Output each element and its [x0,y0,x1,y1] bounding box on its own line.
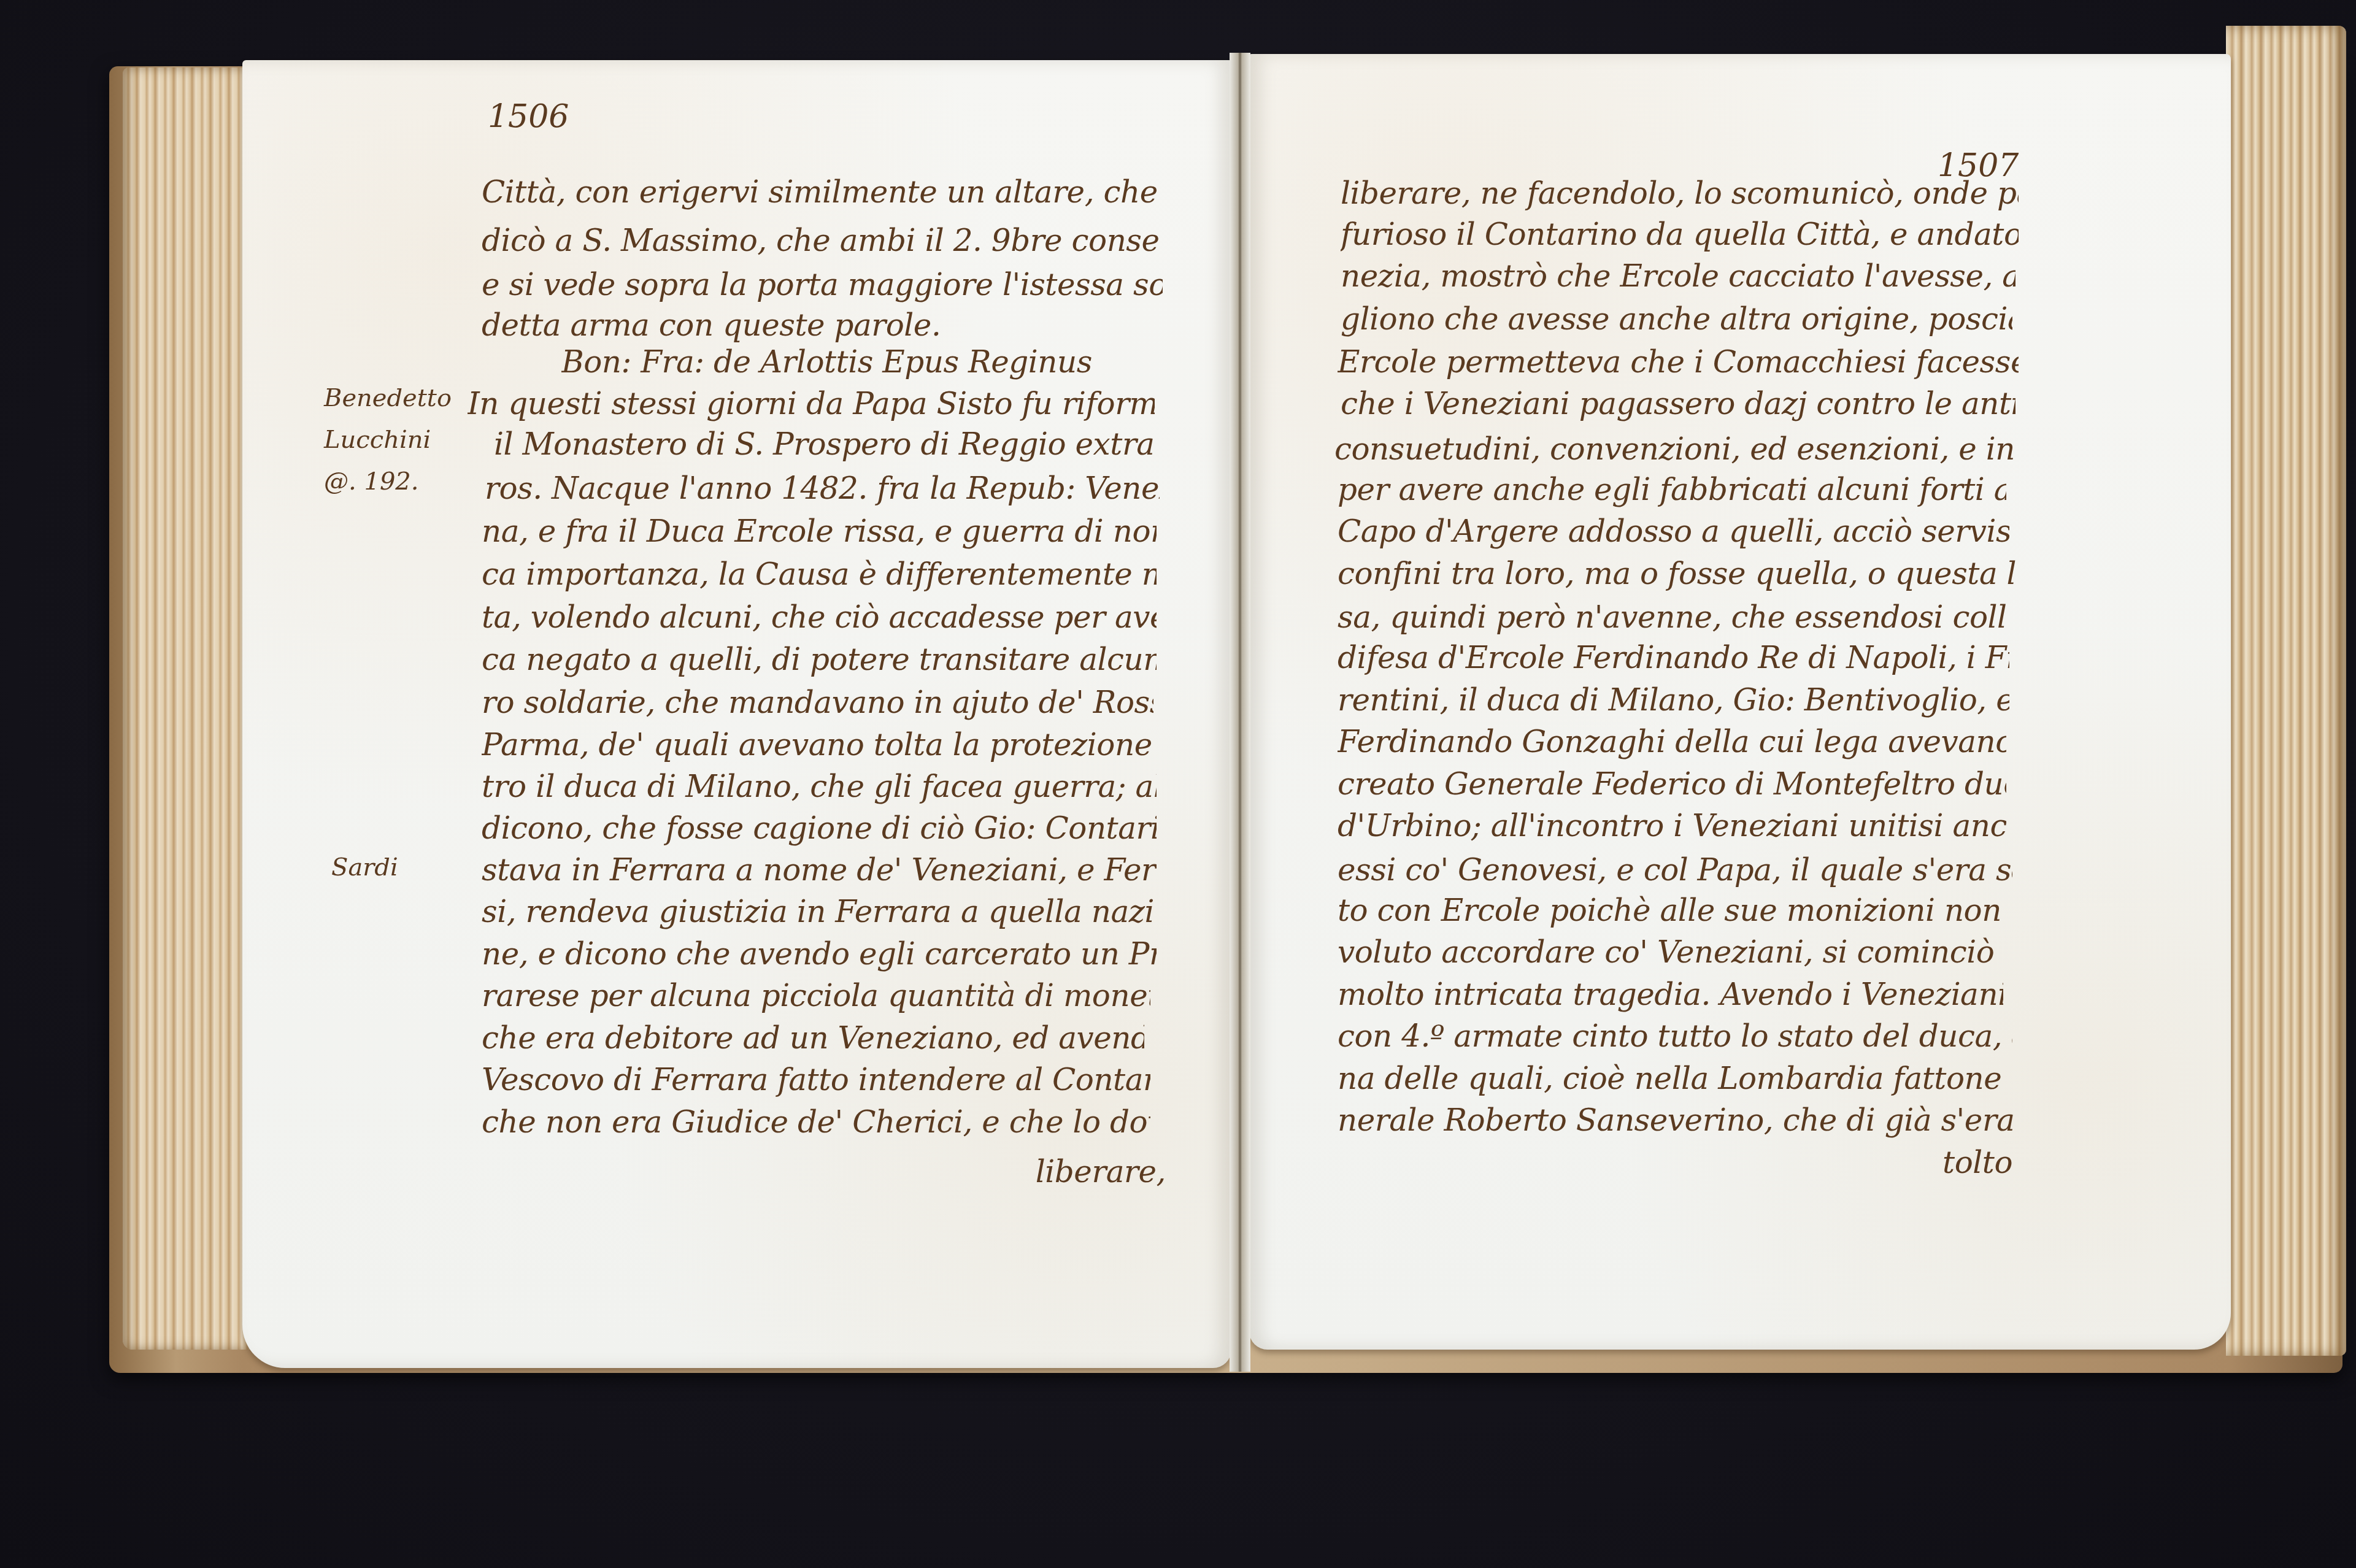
catchword-line: tolto [1841,1144,2012,1181]
left-fore-edge [123,67,252,1350]
text-line: na, e fra il Duca Ercole rissa, e guerra… [482,513,1157,550]
catchword-line: liberare, [920,1153,1166,1190]
text-line: confini tra loro, ma o fosse quella, o q… [1338,555,2015,592]
margin-note-line: Lucchini [324,419,452,461]
text-line: sa, quindi però n'avenne, che essendosi … [1338,599,2006,636]
text-line: liberare, ne facendolo, lo scomunicò, on… [1341,175,2019,212]
text-line: e si vede sopra la porta maggiore l'iste… [482,266,1163,303]
right-fore-edge [2226,26,2346,1356]
text-line: per avere anche egli fabbricati alcuni f… [1338,471,2006,508]
text-line: ne, e dicono che avendo egli carcerato u… [482,936,1157,972]
text-line: dicò a S. Massimo, che ambi il 2. 9bre c… [482,222,1160,259]
text-line: consuetudini, convenzioni, ed esenzioni,… [1334,431,2015,467]
text-line: Vescovo di Ferrara fatto intendere al Co… [482,1061,1150,1098]
text-line: na delle quali, cioè nella Lombardia fat… [1338,1060,2009,1097]
text-line: si, rendeva giustizia in Ferrara a quell… [482,893,1153,930]
text-line: stava in Ferrara a nome de' Veneziani, e… [482,851,1157,888]
text-line: Ercole permetteva che i Comacchiesi face… [1338,344,2019,380]
text-line: In questi stessi giorni da Papa Sisto fu… [468,385,1155,422]
text-line: ca negato a quelli, di potere transitare… [482,641,1157,678]
text-line: difesa d'Ercole Ferdinando Re di Napoli,… [1338,639,2009,676]
text-line: dicono, che fosse cagione di ciò Gio: Co… [482,810,1157,847]
text-line: che i Veneziani pagassero dazj contro le… [1341,385,2015,422]
text-line: to con Ercole poichè alle sue monizioni … [1338,892,2006,929]
text-line: nezia, mostrò che Ercole cacciato l'aves… [1341,258,2015,294]
margin-note-line: Benedetto [324,377,452,419]
margin-note-sardi: Sardi [331,847,398,888]
text-line: tro il duca di Milano, che gli facea gue… [482,768,1157,805]
margin-note-line: Sardi [331,847,398,888]
text-line: voluto accordare co' Veneziani, si comin… [1338,934,2000,970]
left-page-number: 1506 [488,98,569,135]
text-line: rarese per alcuna picciola quantità di m… [482,977,1150,1014]
text-line: Parma, de' quali avevano tolta la protez… [482,726,1157,763]
text-line: ro soldarie, che mandavano in ajuto de' … [482,684,1153,721]
text-line: che non era Giudice de' Cherici, e che l… [482,1104,1150,1140]
text-line: molto intricata tragedia. Avendo i Venez… [1338,976,2003,1013]
spine-gutter [1230,53,1250,1372]
text-line: ta, volendo alcuni, che ciò accadesse pe… [482,599,1157,636]
text-line: d'Urbino; all'incontro i Veneziani uniti… [1338,807,2006,844]
inscription-line: Bon: Fra: de Arlottis Epus Reginus [561,344,1114,380]
text-line: Città, con erigervi similmente un altare… [482,174,1163,210]
text-line: creato Generale Federico di Montefeltro … [1338,766,2006,802]
margin-note-line: @. 192. [324,461,452,502]
text-line: essi co' Genovesi, e col Papa, il quale … [1338,851,2012,888]
text-line: il Monastero di S. Prospero di Reggio ex… [494,426,1157,463]
margin-note-benedetto-lucchini: Benedetto Lucchini @. 192. [324,377,452,502]
text-line: detta arma con queste parole. [482,307,972,344]
text-line: Ferdinando Gonzaghi della cui lega aveva… [1338,723,2006,760]
text-line: nerale Roberto Sanseverino, che di già s… [1338,1102,2015,1139]
text-line: Capo d'Argere addosso a quelli, acciò se… [1338,513,2009,550]
text-line: furioso il Contarino da quella Città, e … [1341,216,2019,253]
text-line: con 4.º armate cinto tutto lo stato del … [1338,1018,2012,1055]
text-line: gliono che avesse anche altra origine, p… [1341,301,2012,337]
text-line: ca importanza, la Causa è differentement… [482,556,1157,593]
text-line: rentini, il duca di Milano, Gio: Bentivo… [1338,682,2009,718]
text-line: ros. Nacque l'anno 1482. fra la Repub: V… [485,470,1160,507]
text-line: che era debitore ad un Veneziano, ed ave… [482,1020,1144,1056]
